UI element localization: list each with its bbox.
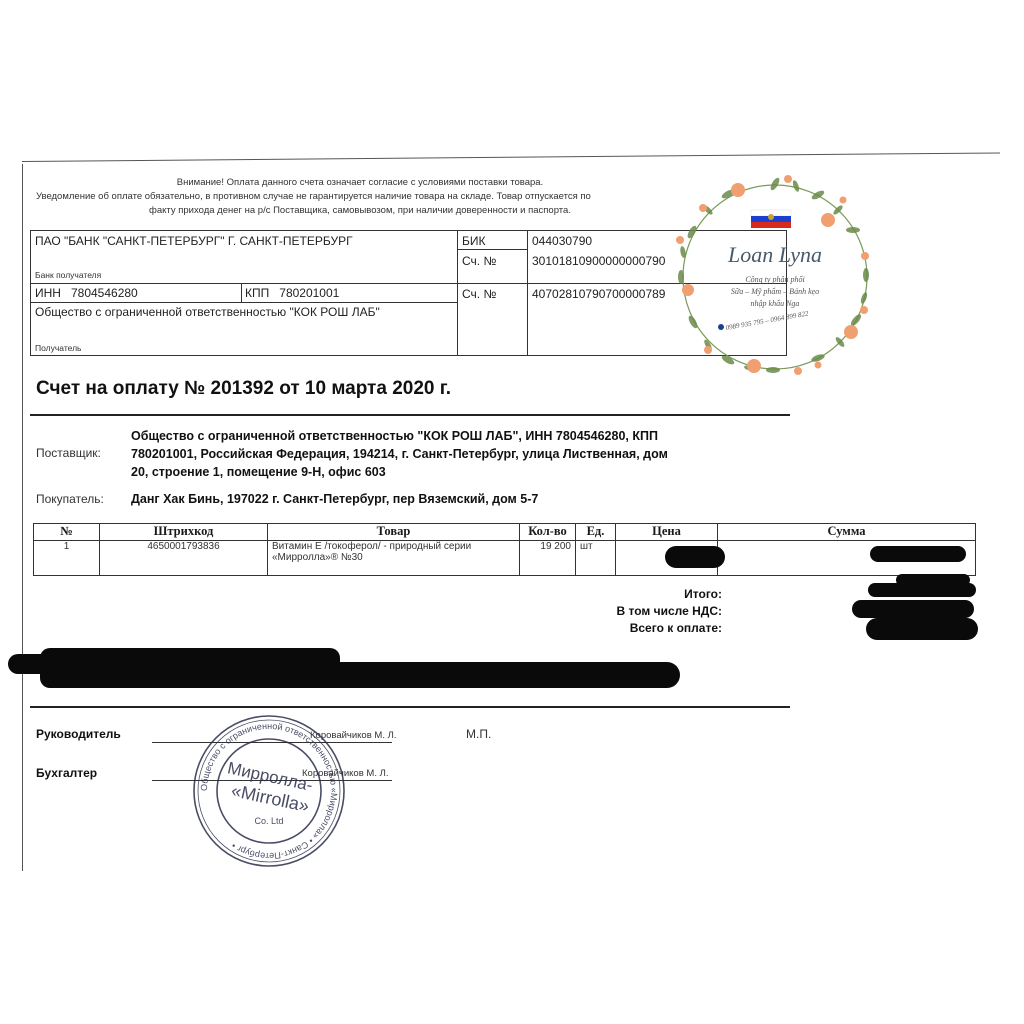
russia-flag-icon (751, 210, 791, 228)
item-product-line-2: «Мирролла»® №30 (272, 552, 515, 563)
buyer-label: Покупатель: (36, 492, 104, 506)
inn-field: ИНН 7804546280 (35, 286, 138, 300)
recipient-name: Общество с ограниченной ответственностью… (35, 305, 445, 320)
redacted-amount-words-2 (40, 648, 340, 688)
redacted-vat (852, 600, 974, 618)
buyer-value: Данг Хак Бинь, 197022 г. Санкт-Петербург… (131, 490, 538, 508)
redacted-sum (870, 546, 966, 562)
corr-account-value: 30101810900000000790 (532, 254, 665, 268)
payment-notice: Внимание! Оплата данного счета означает … (30, 176, 690, 218)
kpp-value: 780201001 (279, 286, 339, 300)
watermark-brand: Loan Lyna (727, 242, 822, 267)
notice-line-2: Уведомление об оплате обязательно, в про… (36, 190, 690, 204)
bank-name: ПАО "БАНК "САНКТ-ПЕТЕРБУРГ" Г. САНКТ-ПЕТ… (35, 234, 353, 248)
col-number: № (34, 524, 100, 541)
item-unit: шт (576, 541, 616, 576)
item-barcode: 4650001793836 (100, 541, 268, 576)
inn-label: ИНН (35, 286, 61, 300)
col-sum: Сумма (718, 524, 976, 541)
total-label: Итого: (560, 586, 722, 603)
col-barcode: Штрихкод (100, 524, 268, 541)
inn-value: 7804546280 (71, 286, 138, 300)
watermark-phones: 0989 935 795 – 0964 899 822 (725, 309, 810, 332)
item-number: 1 (34, 541, 100, 576)
account-value: 40702810790700000789 (532, 287, 665, 301)
notice-line-3: факту прихода денег на р/с Поставщика, с… (30, 204, 690, 218)
director-label: Руководитель (36, 727, 121, 741)
watermark-line-3: nhập khẩu Nga (751, 299, 800, 308)
kpp-field: КПП 780201001 (245, 286, 339, 300)
table-row: 1 4650001793836 Витамин Е /токоферол/ - … (34, 541, 976, 576)
watermark-line-2: Sữa – Mỹ phẩm – Bánh kẹo (731, 287, 819, 296)
signature-divider (30, 706, 790, 708)
page-left-edge (22, 164, 23, 871)
redacted-price (665, 546, 725, 568)
supplier-details: Общество с ограниченной ответственностью… (131, 427, 791, 481)
invoice-title: Счет на оплату № 201392 от 10 марта 2020… (36, 378, 451, 400)
col-price: Цена (616, 524, 718, 541)
supplier-label: Поставщик: (36, 446, 101, 460)
page-top-edge (22, 152, 1000, 162)
notice-line-1: Внимание! Оплата данного счета означает … (30, 176, 690, 190)
loan-lyna-watermark: Loan Lyna Công ty phân phối Sữa – Mỹ phẩ… (668, 170, 883, 385)
supplier-line-2: 780201001, Российская Федерация, 194214,… (131, 445, 791, 463)
bik-value: 044030790 (532, 234, 592, 248)
recipient-caption: Получатель (35, 343, 81, 353)
watermark-line-1: Công ty phân phối (745, 275, 804, 284)
company-stamp: Общество с ограниченной ответственностью… (190, 712, 348, 870)
vat-label: В том числе НДС: (560, 603, 722, 620)
col-quantity: Кол-во (520, 524, 576, 541)
supplier-line-1: Общество с ограниченной ответственностью… (131, 427, 791, 445)
item-product-line-1: Витамин Е /токоферол/ - природный серии (272, 541, 515, 552)
stamp-line-3: Co. Ltd (254, 816, 283, 826)
items-header-row: № Штрихкод Товар Кол-во Ед. Цена Сумма (34, 524, 976, 541)
bank-caption: Банк получателя (35, 270, 101, 280)
item-product: Витамин Е /токоферол/ - природный серии … (268, 541, 520, 576)
col-product: Товар (268, 524, 520, 541)
redacted-total (868, 583, 976, 597)
phone-icon (718, 324, 724, 330)
col-unit: Ед. (576, 524, 616, 541)
redacted-amount-words-3 (300, 662, 680, 688)
totals-labels: Итого: В том числе НДС: Всего к оплате: (560, 586, 722, 637)
kpp-label: КПП (245, 286, 269, 300)
item-quantity: 19 200 (520, 541, 576, 576)
seal-mark: М.П. (466, 727, 491, 741)
account-label: Сч. № (462, 287, 496, 301)
accountant-label: Бухгалтер (36, 766, 97, 780)
items-table: № Штрихкод Товар Кол-во Ед. Цена Сумма 1… (33, 523, 976, 576)
title-divider (30, 414, 790, 416)
redacted-pay (866, 618, 978, 640)
corr-account-label: Сч. № (462, 254, 496, 268)
supplier-line-3: 20, строение 1, помещение 9-Н, офис 603 (131, 463, 791, 481)
pay-label: Всего к оплате: (560, 620, 722, 637)
bik-label: БИК (462, 234, 486, 248)
